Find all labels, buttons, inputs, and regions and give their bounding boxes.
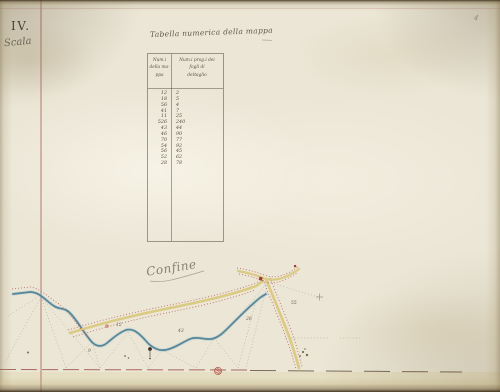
reference-table: Num.i della ma- ppa Num.i prog.i dei fog… <box>147 53 224 242</box>
cell-mappa: 28 <box>148 161 169 167</box>
river-line <box>13 292 266 350</box>
header-line: della ma- <box>148 64 171 71</box>
road-lower <box>70 281 263 333</box>
map-symbols <box>27 265 323 375</box>
table-header-left: Num.i della ma- ppa <box>148 54 171 88</box>
header-line: fogli di <box>171 64 223 71</box>
river-wash <box>13 292 266 350</box>
road-marker-symbol <box>106 325 108 327</box>
cell-registro: 78 <box>169 161 182 167</box>
road-east <box>266 279 299 368</box>
table-header: Num.i della ma- ppa Num.i prog.i dei fog… <box>148 54 223 88</box>
header-line: Num.i <box>148 57 171 64</box>
table-body: 122 185 564 417 1125 526240 4344 4690 70… <box>148 91 223 167</box>
table-row: 2878 <box>148 161 223 167</box>
parcel-numbers: 12 43 26 9 55 <box>88 300 297 354</box>
table-header-rule <box>148 88 223 89</box>
header-line: Num.i prog.i dei <box>171 57 223 64</box>
map-sheet: 12 43 26 9 55 IV. Scala 4 Tabella numeri… <box>0 0 500 392</box>
roads <box>70 269 299 368</box>
parcel-number: 26 <box>245 316 252 322</box>
table-header-right: Num.i prog.i dei fogli di dettaglio <box>171 54 223 88</box>
map-drawing: 12 43 26 9 55 <box>0 0 500 392</box>
parcel-number: 55 <box>291 300 297 306</box>
landmark-symbol <box>148 347 152 359</box>
sheet-number: IV. <box>11 19 31 33</box>
margin-tick <box>262 40 272 41</box>
boundary-line-bottom-left <box>0 370 250 371</box>
parcel-number: 43 <box>177 328 184 334</box>
hatched-circle-symbol <box>214 367 221 374</box>
road-top <box>238 269 299 280</box>
header-line: dettaglio <box>171 72 223 79</box>
cross-mark <box>316 294 323 301</box>
header-line: ppa <box>148 72 171 79</box>
parcel-number: 9 <box>88 348 91 354</box>
boundary-line-bottom-right <box>250 371 462 373</box>
parcel-number: 12 <box>116 322 122 328</box>
building-symbol-small <box>294 265 296 267</box>
